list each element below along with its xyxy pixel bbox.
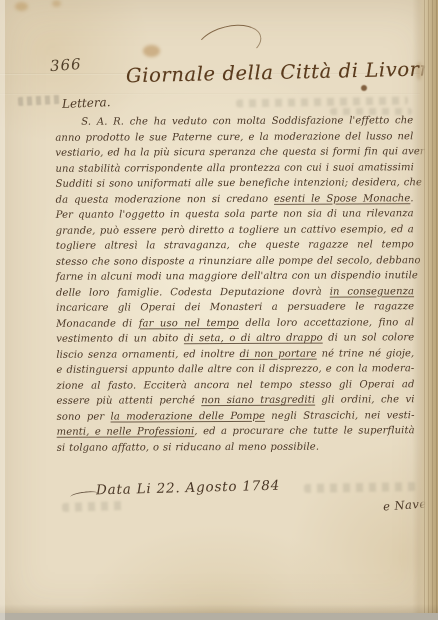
page-edge-left [0,0,5,620]
letter-heading: Lettera. [62,95,111,111]
manuscript-line: da questa moderazione non si credano ese… [56,191,414,208]
manuscript-line: stesso che sono disposte a rinunziare al… [56,253,414,270]
manuscript-line: e distinguersi appunto dalle altre con i… [56,361,414,378]
manuscript-line: zione al fasto. Ecciterà ancora nel temp… [56,377,414,394]
page-edge-right [412,0,438,620]
ink-blot [361,85,367,91]
manuscript-line: delle loro famiglie. Codesta Deputazione… [56,284,414,301]
manuscript-line: anno prodotto le sue Paterne cure, e la … [55,129,413,146]
manuscript-line: vestimento di un abito di seta, o di alt… [56,330,414,347]
crease-line [0,93,420,95]
manuscript-line: togliere altresì la stravaganza, che que… [56,237,414,254]
manuscript-line: S. A. R. che ha veduto con molta Soddisf… [55,113,413,130]
page-edge-striations [424,0,438,620]
manuscript-line: vestiario, ed ha la più sicura speranza … [55,144,413,161]
manuscript-line: Sudditi si sono uniformati alle sue bene… [56,175,414,192]
letter-body: S. A. R. che ha veduto con molta Soddisf… [55,113,414,456]
folio-number: 366 [49,55,82,75]
manuscript-line: incaricare gli Operai dei Monasteri a pe… [56,299,414,316]
stain-spot [15,2,28,11]
manuscript-line: menti, e nelle Professioni, ed a procura… [57,423,415,440]
manuscript-line: si tolgano affatto, o si riducano al men… [57,439,415,456]
manuscript-line: grande, può essere però diretto a toglie… [56,222,414,239]
manuscript-scan-page: 366 Giornale della Città di Livorno. Let… [0,0,438,620]
manuscript-line: essere più attenti perché non siano tras… [56,392,414,409]
scan-edge-bottom [0,613,438,620]
manuscript-line: una stabilità corrispondente alla pronte… [55,160,413,177]
manuscript-line: liscio senza ornamenti, ed inoltre di no… [56,346,414,363]
manuscript-line: farne in alcuni modi una maggiore dell'a… [56,268,414,285]
manuscript-line: Monacande di far uso nel tempo della lor… [56,315,414,332]
stain-spot [52,0,61,7]
manuscript-line: sono per la moderazione delle Pompe negl… [57,408,415,425]
manuscript-line: Per quanto l'oggetto in questa sola part… [56,206,414,223]
scan-edge-shadow [0,604,438,613]
stain-spot [143,45,160,57]
